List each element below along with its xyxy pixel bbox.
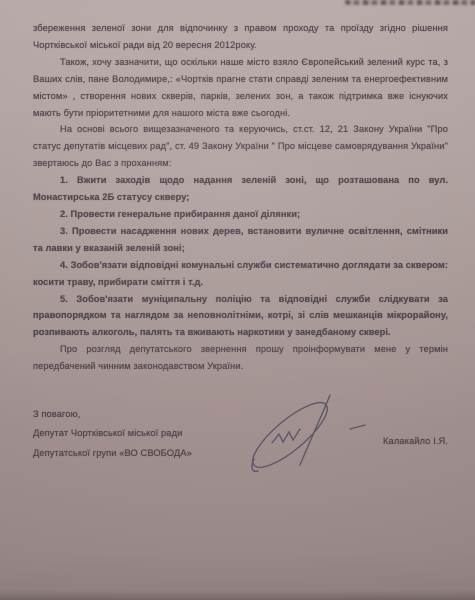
document-paragraph: збереження зеленої зони для відпочинку з… (33, 20, 448, 54)
document-photo: збереження зеленої зони для відпочинку з… (0, 0, 475, 600)
signature-block: З повагою, Депутат Чортківської міської … (33, 405, 448, 515)
document-paragraph: 5. Зобов'язати муніципальну поліцію та в… (33, 291, 448, 342)
handwritten-signature-icon (238, 389, 398, 484)
document-page: збереження зеленої зони для відпочинку з… (0, 0, 475, 600)
document-paragraph: Також, хочу зазначити, що оскільки наше … (33, 54, 448, 122)
document-paragraph: 4. Зобов'язати відповідні комунальні слу… (33, 257, 448, 291)
document-paragraph: Про розгляд депутатського звернення прош… (33, 341, 448, 375)
signer-name: Калакайло І.Я. (383, 433, 448, 450)
document-paragraph: 2. Провести генеральне прибирання даної … (33, 206, 448, 223)
document-paragraph: 3. Провести насадження нових дерев, вста… (33, 223, 448, 257)
document-paragraph: 1. Вжити заходів щодо надання зеленій зо… (33, 172, 448, 206)
document-paragraph: На основі всього вищезазначеного та керу… (33, 121, 448, 172)
document-body: збереження зеленої зони для відпочинку з… (33, 20, 448, 375)
